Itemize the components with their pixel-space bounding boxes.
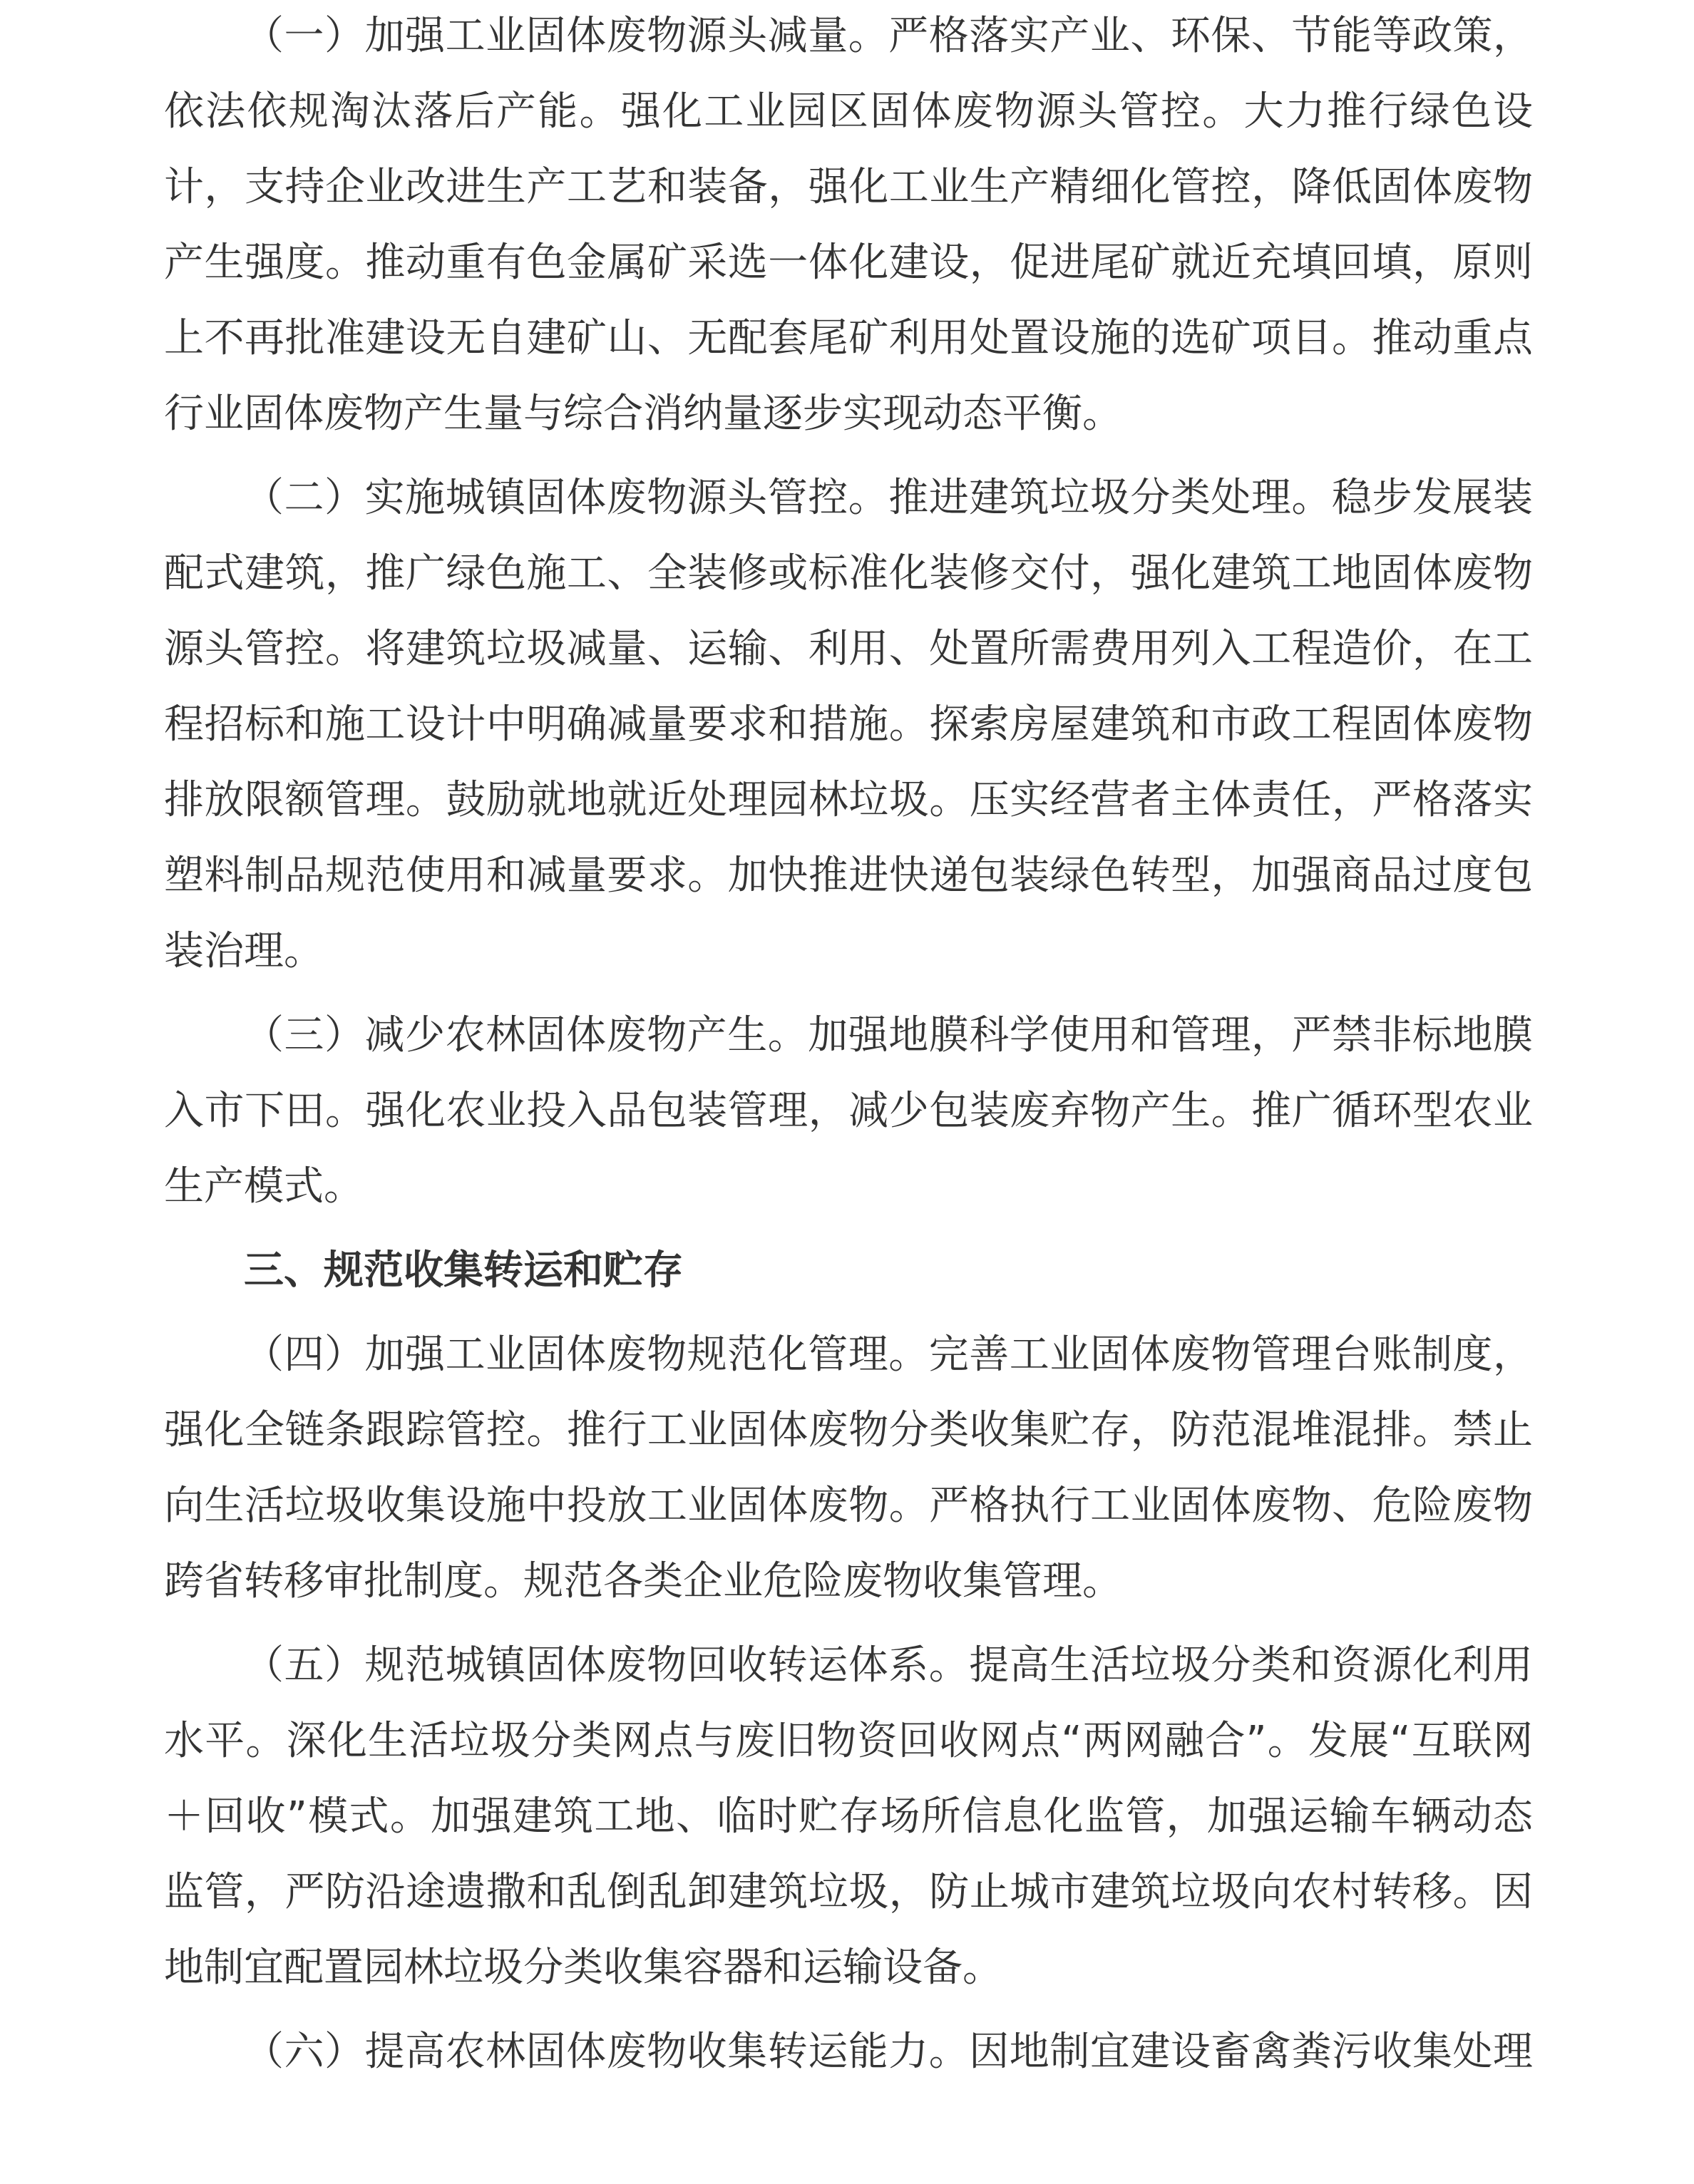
text-line: 配式建筑，推广绿色施工、全装修或标准化装修交付，强化建筑工地固体废物 bbox=[164, 536, 1533, 612]
text-line: 产生强度。推动重有色金属矿采选一体化建设，促进尾矿就近充填回填，原则 bbox=[164, 225, 1533, 301]
paragraph-4: （四）加强工业固体废物规范化管理。完善工业固体废物管理台账制度， 强化全链条跟踪… bbox=[164, 1317, 1533, 1619]
paragraph-3: （三）减少农林固体废物产生。加强地膜科学使用和管理，严禁非标地膜 入市下田。强化… bbox=[164, 998, 1533, 1225]
text-line: 向生活垃圾收集设施中投放工业固体废物。严格执行工业固体废物、危险废物 bbox=[164, 1468, 1533, 1544]
section-heading: 三、规范收集转运和贮存 bbox=[164, 1233, 1533, 1309]
text-line: 程招标和施工设计中明确减量要求和措施。探索房屋建筑和市政工程固体废物 bbox=[164, 687, 1533, 763]
text-line: 装治理。 bbox=[164, 914, 1533, 989]
text-line: 地制宜配置园林垃圾分类收集容器和运输设备。 bbox=[164, 1930, 1533, 2006]
paragraph-1: （一）加强工业固体废物源头减量。严格落实产业、环保、节能等政策， 依法依规淘汰落… bbox=[164, 0, 1533, 452]
text-line: 水平。深化生活垃圾分类网点与废旧物资回收网点“两网融合”。发展“互联网 bbox=[164, 1704, 1533, 1779]
text-line: （二）实施城镇固体废物源头管控。推进建筑垃圾分类处理。稳步发展装 bbox=[164, 460, 1533, 536]
text-line: ＋回收”模式。加强建筑工地、临时贮存场所信息化监管，加强运输车辆动态 bbox=[164, 1779, 1533, 1855]
text-line: 入市下田。强化农业投入品包装管理，减少包装废弃物产生。推广循环型农业 bbox=[164, 1073, 1533, 1149]
text-line: 塑料制品规范使用和减量要求。加快推进快递包装绿色转型，加强商品过度包 bbox=[164, 838, 1533, 914]
text-line: 计，支持企业改进生产工艺和装备，强化工业生产精细化管控，降低固体废物 bbox=[164, 150, 1533, 225]
text-line: （四）加强工业固体废物规范化管理。完善工业固体废物管理台账制度， bbox=[164, 1317, 1533, 1393]
text-line: （一）加强工业固体废物源头减量。严格落实产业、环保、节能等政策， bbox=[164, 0, 1533, 74]
text-line: 监管，严防沿途遗撒和乱倒乱卸建筑垃圾，防止城市建筑垃圾向农村转移。因 bbox=[164, 1855, 1533, 1930]
text-line: （五）规范城镇固体废物回收转运体系。提高生活垃圾分类和资源化利用 bbox=[164, 1628, 1533, 1704]
text-line: 跨省转移审批制度。规范各类企业危险废物收集管理。 bbox=[164, 1544, 1533, 1619]
text-line: 强化全链条跟踪管控。推行工业固体废物分类收集贮存，防范混堆混排。禁止 bbox=[164, 1393, 1533, 1468]
document-body: （一）加强工业固体废物源头减量。严格落实产业、环保、节能等政策， 依法依规淘汰落… bbox=[164, 0, 1533, 2098]
text-line: 依法依规淘汰落后产能。强化工业园区固体废物源头管控。大力推行绿色设 bbox=[164, 74, 1533, 150]
paragraph-5: （五）规范城镇固体废物回收转运体系。提高生活垃圾分类和资源化利用 水平。深化生活… bbox=[164, 1628, 1533, 2006]
paragraph-2: （二）实施城镇固体废物源头管控。推进建筑垃圾分类处理。稳步发展装 配式建筑，推广… bbox=[164, 460, 1533, 989]
text-line: 行业固体废物产生量与综合消纳量逐步实现动态平衡。 bbox=[164, 376, 1533, 452]
text-line: 上不再批准建设无自建矿山、无配套尾矿利用处置设施的选矿项目。推动重点 bbox=[164, 301, 1533, 376]
text-line: （三）减少农林固体废物产生。加强地膜科学使用和管理，严禁非标地膜 bbox=[164, 998, 1533, 1073]
text-line: 源头管控。将建筑垃圾减量、运输、利用、处置所需费用列入工程造价，在工 bbox=[164, 612, 1533, 687]
text-line: 排放限额管理。鼓励就地就近处理园林垃圾。压实经营者主体责任，严格落实 bbox=[164, 763, 1533, 838]
paragraph-6: （六）提高农林固体废物收集转运能力。因地制宜建设畜禽粪污收集处理 bbox=[164, 2014, 1533, 2090]
text-line: （六）提高农林固体废物收集转运能力。因地制宜建设畜禽粪污收集处理 bbox=[164, 2014, 1533, 2090]
text-line: 生产模式。 bbox=[164, 1149, 1533, 1225]
